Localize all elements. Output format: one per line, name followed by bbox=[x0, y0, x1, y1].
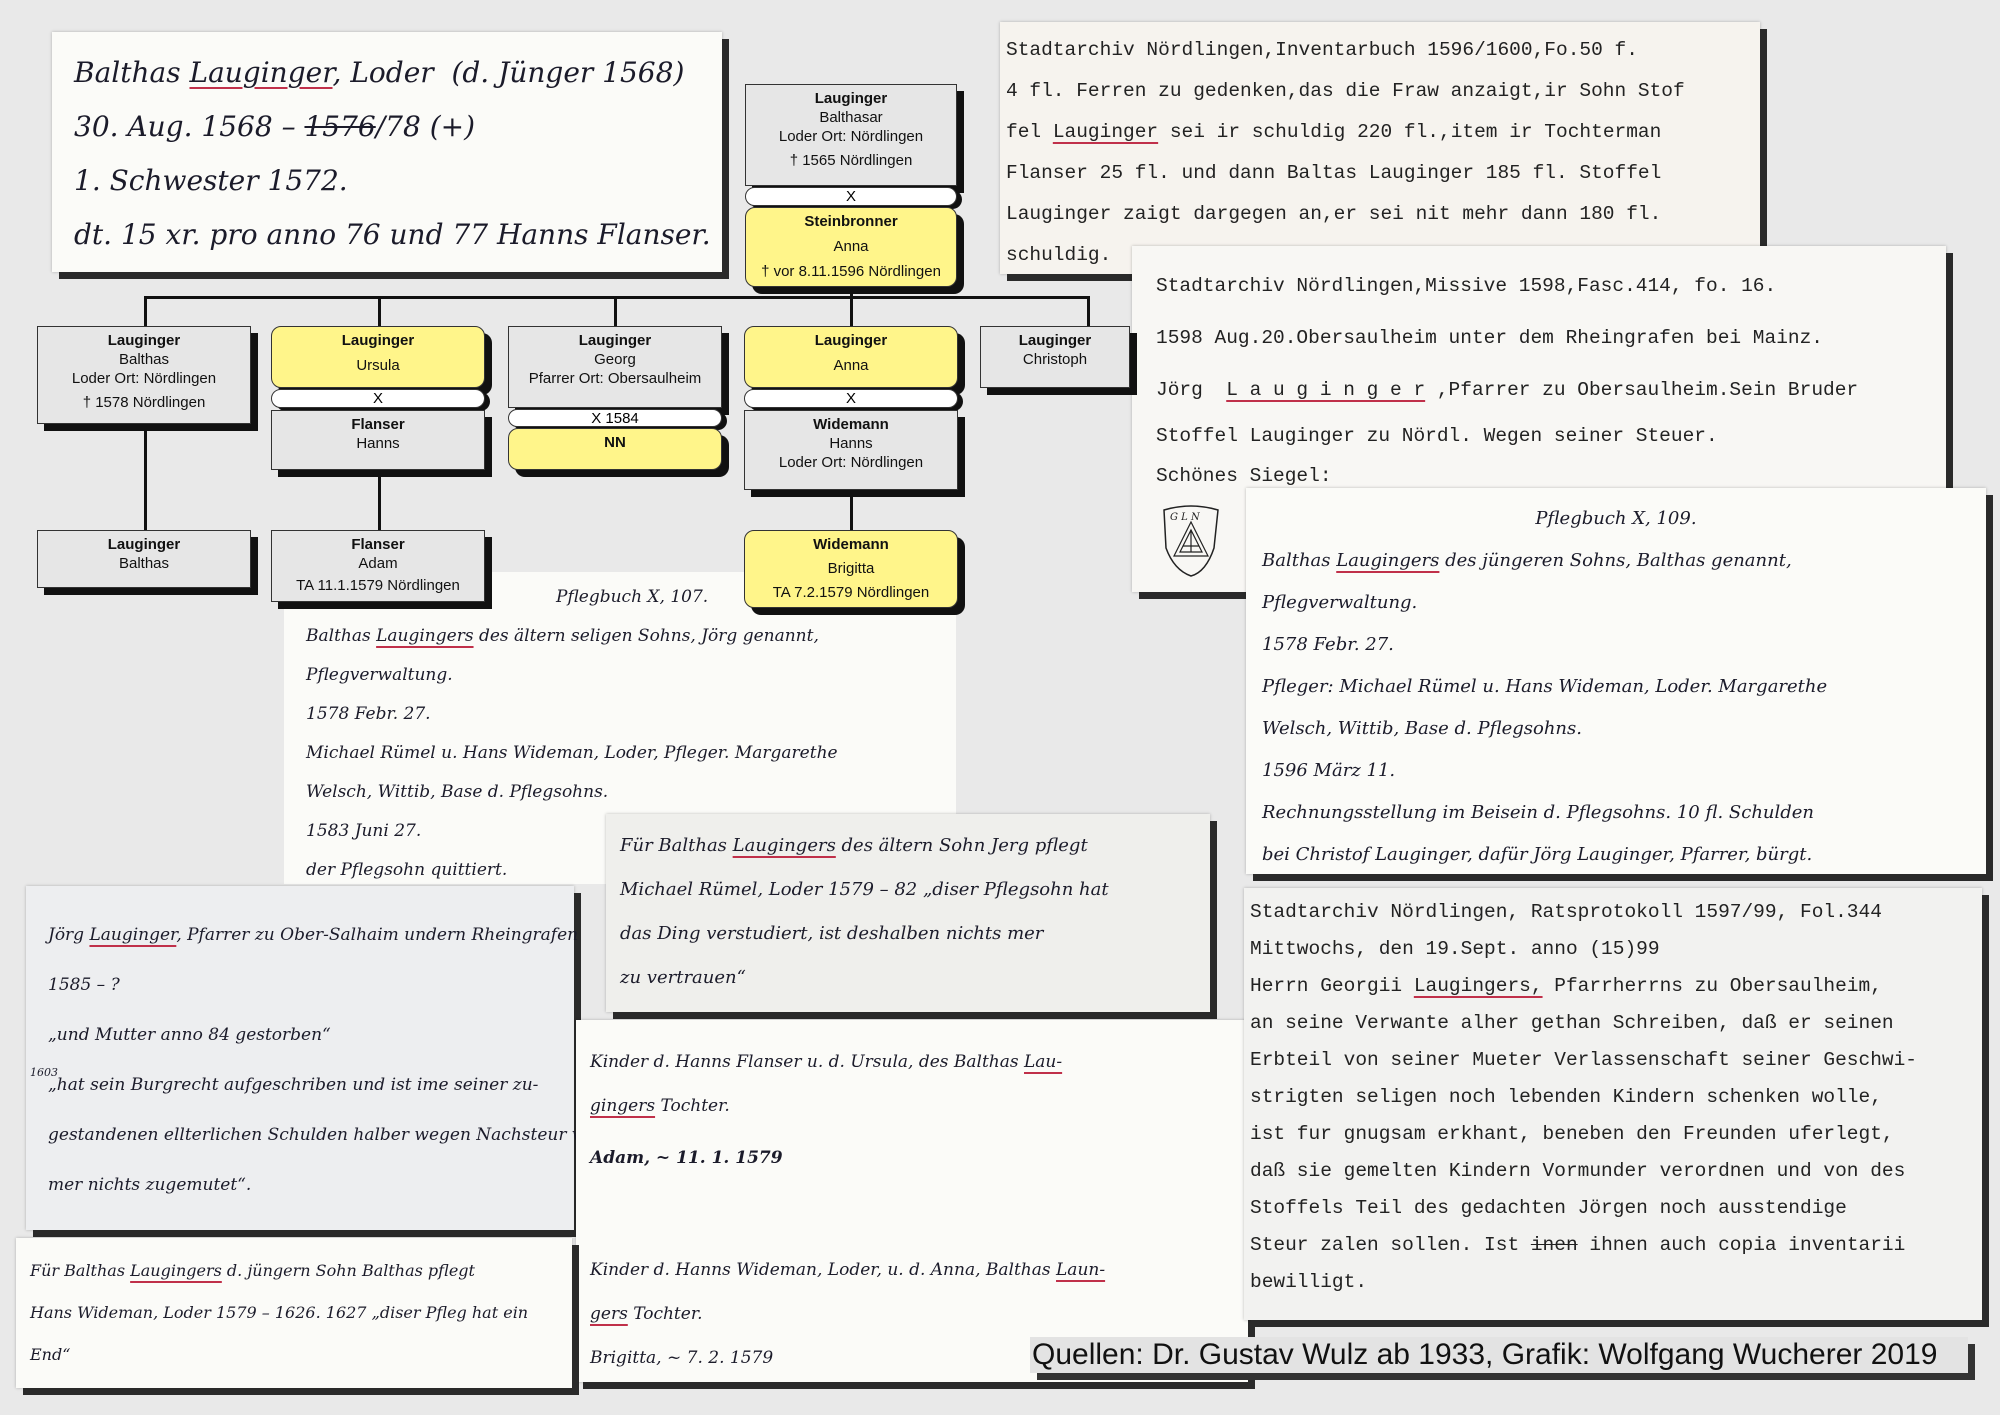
card-line: 1. Schwester 1572. bbox=[74, 154, 700, 208]
card-line: strigten seligen noch lebenden Kindern s… bbox=[1250, 1079, 1976, 1116]
card-line: Mittwochs, den 19.Sept. anno (15)99 bbox=[1250, 931, 1976, 968]
card-line: daß sie gemelten Kindern Vormunder veror… bbox=[1250, 1153, 1976, 1190]
card-line: 1596 März 11. bbox=[1262, 750, 1970, 792]
card-title: Pflegbuch X, 109. bbox=[1262, 498, 1970, 540]
card-line: Flanser 25 fl. und dann Baltas Lauginger… bbox=[1006, 153, 1754, 194]
card-line: Jörg Lauginger, Pfarrer zu Ober-Salhaim … bbox=[48, 910, 552, 960]
margin-note: 1603 bbox=[30, 1048, 58, 1098]
card-line: Balthas Laugingers des ältern seligen So… bbox=[306, 617, 934, 656]
card-line: Kinder d. Hanns Flanser u. d. Ursula, de… bbox=[590, 1040, 1234, 1084]
card-line: Balthas Lauginger, Loder (d. Jünger 1568… bbox=[74, 46, 700, 100]
card-line: Für Balthas Laugingers d. jüngern Sohn B… bbox=[30, 1250, 558, 1292]
card-line: Stadtarchiv Nördlingen, Ratsprotokoll 15… bbox=[1250, 894, 1976, 931]
card-line: Stoffels Teil des gedachten Jörgen noch … bbox=[1250, 1190, 1976, 1227]
card-line: Pflegverwaltung. bbox=[1262, 582, 1970, 624]
card-line: Rechnungsstellung im Beisein d. Pflegsoh… bbox=[1262, 792, 1970, 834]
card-line: Pfleger: Michael Rümel u. Hans Wideman, … bbox=[1262, 666, 1970, 708]
person-georg-lauginger[interactable]: Lauginger Georg Pfarrer Ort: Obersaulhei… bbox=[508, 326, 722, 408]
card-pflegbuch-109: Pflegbuch X, 109. Balthas Laugingers des… bbox=[1246, 488, 1986, 874]
person-nn[interactable]: NN bbox=[508, 428, 722, 470]
tree-connector bbox=[378, 296, 381, 326]
card-line: End“ bbox=[30, 1334, 558, 1376]
card-line: das Ding verstudiert, ist deshalben nich… bbox=[620, 912, 1196, 956]
card-line: fel Lauginger sei ir schuldig 220 fl.,it… bbox=[1006, 112, 1754, 153]
person-balthas-lauginger-jr[interactable]: Lauginger Balthas bbox=[37, 530, 251, 588]
card-ratsprotokoll: Stadtarchiv Nördlingen, Ratsprotokoll 15… bbox=[1244, 888, 1982, 1320]
card-inventarbuch: Stadtarchiv Nördlingen,Inventarbuch 1596… bbox=[1000, 22, 1760, 274]
card-line: Steur zalen sollen. Ist inen ihnen auch … bbox=[1250, 1227, 1976, 1264]
card-line: 1603„hat sein Burgrecht aufgeschriben un… bbox=[48, 1060, 552, 1110]
card-line: zu vertrauen“ bbox=[620, 956, 1196, 1000]
person-brigitta-widemann[interactable]: Widemann Brigitta TA 7.2.1579 Nördlingen bbox=[744, 530, 958, 608]
card-line: Michael Rümel, Loder 1579 – 82 „diser Pf… bbox=[620, 868, 1196, 912]
person-hanns-widemann[interactable]: Widemann Hanns Loder Ort: Nördlingen bbox=[744, 410, 958, 490]
card-line: dt. 15 xr. pro anno 76 und 77 Hanns Flan… bbox=[74, 208, 700, 262]
card-line: 1578 Febr. 27. bbox=[1262, 624, 1970, 666]
card-line: gestandenen ellterlichen Schulden halber… bbox=[48, 1110, 552, 1160]
card-fuer-juengeren-sohn: Für Balthas Laugingers d. jüngern Sohn B… bbox=[16, 1238, 572, 1388]
tree-connector bbox=[378, 470, 381, 530]
person-balthasar-lauginger[interactable]: Lauginger Balthasar Loder Ort: Nördlinge… bbox=[745, 84, 957, 186]
card-line: 1598 Aug.20.Obersaulheim unter dem Rhein… bbox=[1156, 312, 1922, 364]
card-line: Stadtarchiv Nördlingen,Inventarbuch 1596… bbox=[1006, 30, 1754, 71]
person-ursula-lauginger[interactable]: Lauginger Ursula bbox=[271, 326, 485, 388]
marriage-symbol: X bbox=[744, 389, 958, 408]
card-line: Lauginger zaigt dargegen an,er sei nit m… bbox=[1006, 194, 1754, 235]
person-hanns-flanser[interactable]: Flanser Hanns bbox=[271, 410, 485, 470]
tree-connector bbox=[850, 490, 853, 530]
tree-connector bbox=[1087, 296, 1090, 326]
marriage-symbol: X bbox=[271, 389, 485, 408]
card-line: gingers Tochter. bbox=[590, 1084, 1234, 1128]
card-line: bewilligt. bbox=[1250, 1264, 1976, 1301]
card-line: Jörg L a u g i n g e r ,Pfarrer zu Obers… bbox=[1156, 364, 1922, 416]
card-line: „und Mutter anno 84 gestorben“ bbox=[48, 1010, 552, 1060]
person-christoph-lauginger[interactable]: Lauginger Christoph bbox=[980, 326, 1130, 388]
card-line: Stadtarchiv Nördlingen,Missive 1598,Fasc… bbox=[1156, 260, 1922, 312]
card-line: mer nichts zugemutet“. bbox=[48, 1160, 552, 1210]
card-line: Stoffel Lauginger zu Nördl. Wegen seiner… bbox=[1156, 416, 1922, 456]
seal-icon: G L N bbox=[1156, 500, 1226, 580]
card-balthas-handwritten: Balthas Lauginger, Loder (d. Jünger 1568… bbox=[52, 32, 722, 272]
card-line: 1578 Febr. 27. bbox=[306, 695, 934, 734]
tree-connector bbox=[144, 296, 1090, 299]
highlighted-name: Lauginger bbox=[189, 56, 332, 89]
card-joerg-lauginger: Jörg Lauginger, Pfarrer zu Ober-Salhaim … bbox=[26, 886, 574, 1230]
card-fuer-aelteren-sohn: Für Balthas Laugingers des ältern Sohn J… bbox=[606, 814, 1210, 1012]
card-line: Kinder d. Hanns Wideman, Loder, u. d. An… bbox=[590, 1248, 1234, 1292]
card-line: Balthas Laugingers des jüngeren Sohns, B… bbox=[1262, 540, 1970, 582]
source-caption: Quellen: Dr. Gustav Wulz ab 1933, Grafik… bbox=[1030, 1337, 1968, 1373]
svg-text:G L N: G L N bbox=[1170, 512, 1201, 523]
card-line: Herrn Georgii Laugingers, Pfarrherrns zu… bbox=[1250, 968, 1976, 1005]
card-line: Michael Rümel u. Hans Wideman, Loder, Pf… bbox=[306, 734, 934, 773]
card-line: Adam, ~ 11. 1. 1579 bbox=[590, 1128, 1234, 1188]
card-line: gers Tochter. bbox=[590, 1292, 1234, 1336]
card-kinder: Kinder d. Hanns Flanser u. d. Ursula, de… bbox=[576, 1020, 1248, 1382]
tree-connector bbox=[144, 296, 147, 326]
card-line: ist fur gnugsam erkhant, beneben den Fre… bbox=[1250, 1116, 1976, 1153]
card-line: 1585 – ? bbox=[48, 960, 552, 1010]
card-line: Pflegverwaltung. bbox=[306, 656, 934, 695]
person-anna-steinbronner[interactable]: Steinbronner Anna † vor 8.11.1596 Nördli… bbox=[745, 207, 957, 287]
card-line: bei Christof Lauginger, dafür Jörg Laugi… bbox=[1262, 834, 1970, 876]
card-line: Welsch, Wittib, Base d. Pflegsohns. bbox=[1262, 708, 1970, 750]
person-anna-lauginger[interactable]: Lauginger Anna bbox=[744, 326, 958, 388]
marriage-symbol: X bbox=[745, 187, 957, 206]
card-line: an seine Verwante alher gethan Schreiben… bbox=[1250, 1005, 1976, 1042]
card-line: Welsch, Wittib, Base d. Pflegsohns. bbox=[306, 773, 934, 812]
tree-connector bbox=[614, 296, 617, 326]
card-line: Für Balthas Laugingers des ältern Sohn J… bbox=[620, 824, 1196, 868]
marriage-symbol: X 1584 bbox=[508, 409, 722, 427]
tree-connector bbox=[850, 296, 853, 326]
tree-connector bbox=[144, 430, 147, 530]
card-line: 30. Aug. 1568 – 1576/78 (+) bbox=[74, 100, 700, 154]
person-balthas-lauginger[interactable]: Lauginger Balthas Loder Ort: Nördlingen … bbox=[37, 326, 251, 424]
card-line: 4 fl. Ferren zu gedenken,das die Fraw an… bbox=[1006, 71, 1754, 112]
card-line: Hans Wideman, Loder 1579 – 1626. 1627 „d… bbox=[30, 1292, 558, 1334]
card-line: Erbteil von seiner Mueter Verlassenschaf… bbox=[1250, 1042, 1976, 1079]
person-adam-flanser[interactable]: Flanser Adam TA 11.1.1579 Nördlingen bbox=[271, 530, 485, 602]
